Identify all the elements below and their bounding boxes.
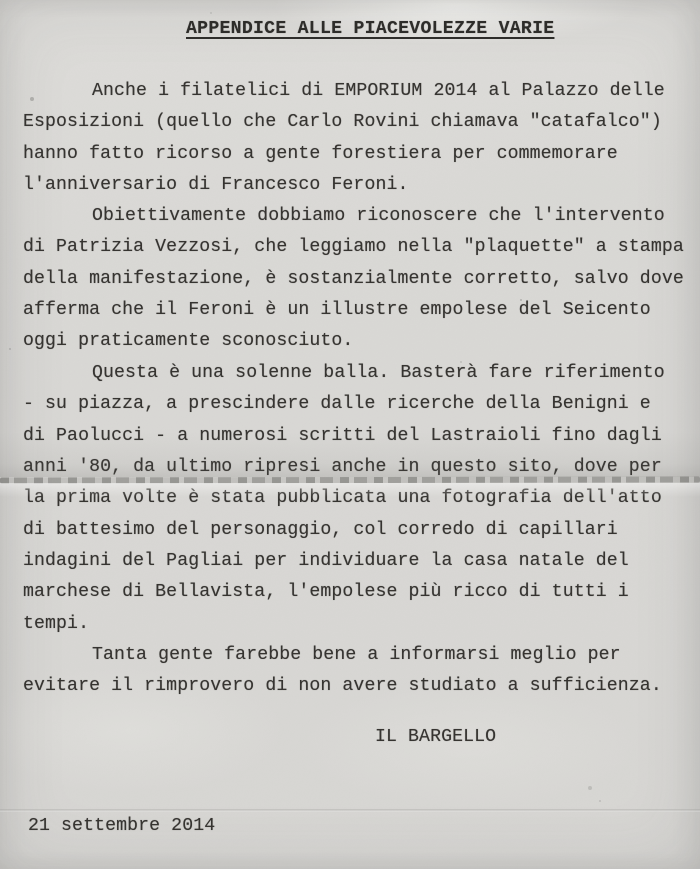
fold-crease-shadow [0,432,700,477]
scanned-letter-page: APPENDICE ALLE PIACEVOLEZZE VARIE Anche … [0,0,700,869]
letter-paragraph-1: Anche i filatelici di EMPORIUM 2014 al P… [23,76,700,201]
letter-date: 21 settembre 2014 [28,811,215,842]
fold-crease-highlight [0,483,700,497]
letter-title: APPENDICE ALLE PIACEVOLEZZE VARIE [186,14,554,45]
paper-specks [0,0,2,2]
letter-paragraph-4: Tanta gente farebbe bene a informarsi me… [23,640,700,703]
letter-paragraph-3: Questa è una solenne balla. Basterà fare… [23,358,700,640]
letter-signature: IL BARGELLO [375,722,496,753]
bottom-fold-line [0,809,700,812]
letter-paragraph-2: Obiettivamente dobbiamo riconoscere che … [23,201,700,358]
